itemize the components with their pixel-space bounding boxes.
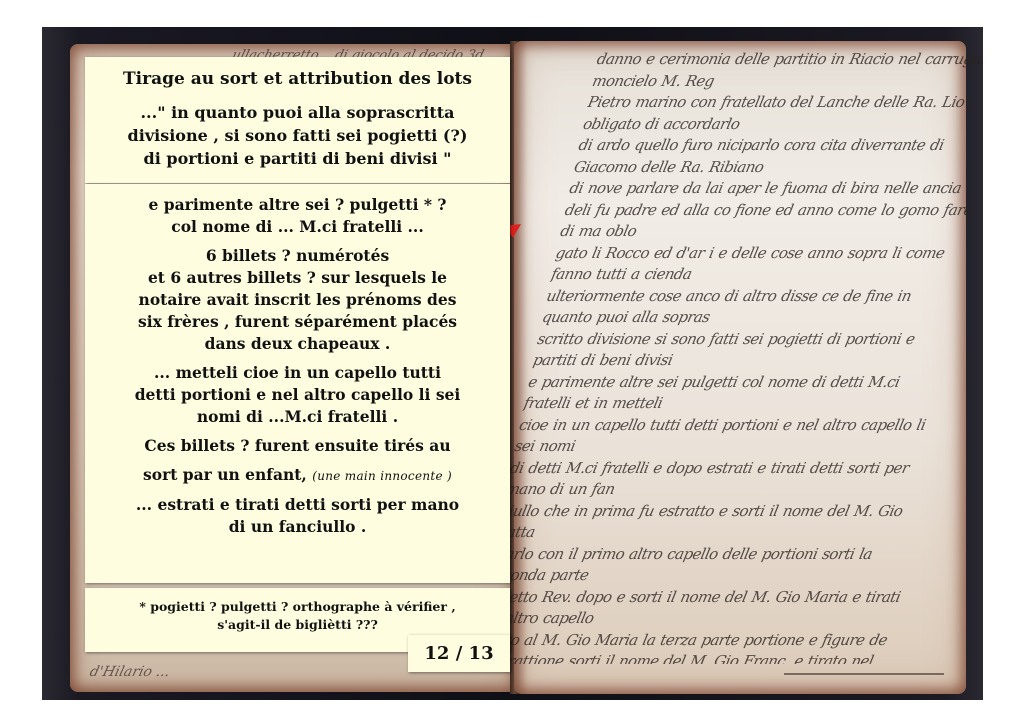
italian-line: ... estrati e tirati detti sorti per man… — [85, 494, 510, 516]
italian-line: detti portioni e nel altro capello li se… — [85, 384, 510, 406]
italian-line: e parimente altre sei ? pulgetti * ? — [85, 194, 510, 216]
manuscript-handwriting: danno e cerimonia delle partitio in Riac… — [469, 49, 983, 664]
quote-line: ..." in quanto puoi alla soprascritta — [85, 101, 510, 124]
italian-line: ... metteli cioe in un capello tutti — [85, 362, 510, 384]
italian-line: col nome di ... M.ci fratelli ... — [85, 216, 510, 238]
innocent-hand-aside: (une main innocente ) — [312, 469, 452, 483]
french-line: sort par un enfant, (une main innocente … — [85, 464, 510, 487]
french-line: Ces billets ? furent ensuite tirés au — [85, 435, 510, 457]
french-line: et 6 autres billets ? sur lesquels le — [85, 267, 510, 289]
page-counter: 12 / 13 — [408, 635, 510, 672]
french-line-prefix: sort par un enfant, — [143, 465, 312, 484]
french-line: six frères , furent séparément placés — [85, 311, 510, 333]
signature-underline — [784, 673, 944, 675]
french-line: 6 billets ? numérotés — [85, 245, 510, 267]
french-line: dans deux chapeaux . — [85, 333, 510, 355]
quote-line: di portioni e partiti di beni divisi " — [85, 147, 510, 170]
footnote-line: s'agit-il de bigliètti ??? — [85, 616, 510, 634]
italian-line: di un fanciullo . — [85, 516, 510, 538]
footnote: * pogietti ? pulgetti ? orthographe à vé… — [85, 598, 510, 634]
footnote-line: * pogietti ? pulgetti ? orthographe à vé… — [85, 598, 510, 616]
manuscript-left-bottom-fragment: d'Hilario ... — [88, 664, 172, 680]
french-line: notaire avait inscrit les prénoms des — [85, 289, 510, 311]
slide-title: Tirage au sort et attribution des lots — [85, 67, 510, 91]
italian-quote: ..." in quanto puoi alla soprascritta di… — [85, 101, 510, 170]
main-text-box: e parimente altre sei ? pulgetti * ? col… — [85, 184, 510, 583]
manuscript-right-page: danno e cerimonia delle partitio in Riac… — [514, 41, 966, 694]
title-box: Tirage au sort et attribution des lots .… — [85, 57, 510, 183]
quote-line: divisione , si sono fatti sei pogietti (… — [85, 124, 510, 147]
italian-line: nomi di ...M.ci fratelli . — [85, 406, 510, 428]
main-text: e parimente altre sei ? pulgetti * ? col… — [85, 194, 510, 538]
